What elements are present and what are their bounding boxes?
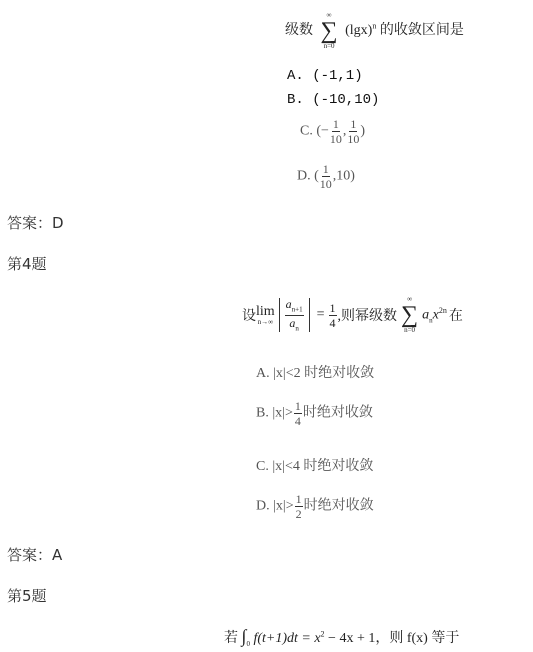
abs-bar-left <box>279 298 280 332</box>
q4-option-b: B. |x|>14时绝对收敛 <box>256 400 373 427</box>
abs-bar-right <box>309 298 310 332</box>
q3-term: (lgx) <box>345 23 372 38</box>
fraction: 110 <box>347 118 359 145</box>
q3-stem: 级数 ∞ ∑ n=0 (lgx)n 的收敛区间是 <box>285 12 464 50</box>
q4-title: 第4题 <box>7 253 47 274</box>
q4-stem: 设 lim n→∞ an+1 an = 14 ,则幂级数 ∞ ∑ n=0 anx… <box>242 296 463 334</box>
q4-option-a: A. |x|<2 时绝对收敛 <box>256 362 374 382</box>
fraction: 14 <box>294 400 302 427</box>
q3-option-a: A. (-1,1) <box>287 68 363 84</box>
fraction: 110 <box>320 163 332 190</box>
q5-title: 第5题 <box>7 585 47 606</box>
q4-option-d: D. |x|>12时绝对收敛 <box>256 493 374 520</box>
series-term: anx2n <box>422 306 447 324</box>
fraction: 12 <box>295 493 303 520</box>
q3-answer: 答案：D <box>7 212 64 233</box>
ratio-fraction: an+1 an <box>285 298 304 332</box>
q3-stem-suffix: 的收敛区间是 <box>380 23 464 38</box>
limit: lim n→∞ <box>256 305 275 326</box>
q3-option-b: B. (-10,10) <box>287 92 379 108</box>
sum-symbol: ∞ ∑ n=0 <box>321 12 338 50</box>
q4-answer: 答案：A <box>7 544 62 565</box>
sum-symbol: ∞ ∑ n=0 <box>401 296 418 334</box>
q3-option-c: C. (−110,110) <box>300 118 365 145</box>
fraction: 110 <box>330 118 342 145</box>
q3-stem-prefix: 级数 <box>285 23 313 38</box>
q4-option-c: C. |x|<4 时绝对收敛 <box>256 455 373 475</box>
fraction: 14 <box>329 302 337 329</box>
q5-stem: 若 ∫0 f(t+1)dt = x2 − 4x + 1，则 f(x) 等于 <box>224 626 459 648</box>
q3-option-d: D. (110,10) <box>297 163 355 190</box>
